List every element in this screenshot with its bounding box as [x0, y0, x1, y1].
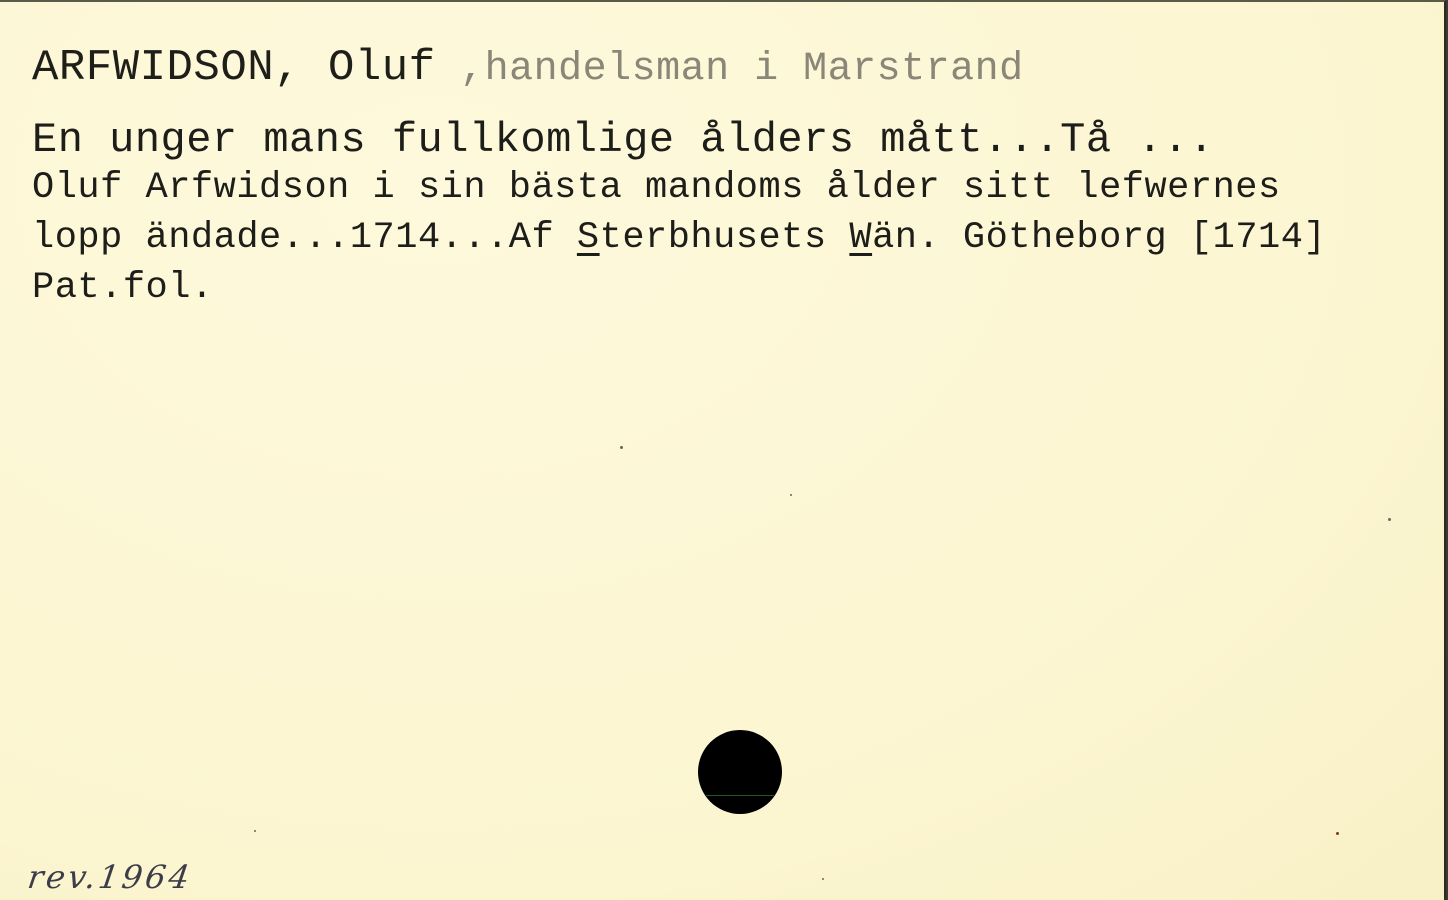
title-line-1: En unger mans fullkomlige ålders mått...… [32, 116, 1214, 164]
author-occupation: ,handelsman i Marstrand [436, 47, 1024, 92]
paper-speck [620, 446, 623, 449]
format-line: Pat.fol. [32, 264, 214, 312]
title-line-3: lopp ändade...1714...Af Sterbhusets Wän.… [32, 214, 1326, 262]
paper-speck [254, 830, 256, 832]
line-3-underlined-w: W [849, 217, 872, 259]
card-heading: ARFWIDSON, Oluf ,handelsman i Marstrand [32, 38, 1024, 100]
title-line-2: Oluf Arfwidson i sin bästa mandoms ålder… [32, 164, 1281, 212]
author-name: ARFWIDSON, Oluf [32, 43, 436, 93]
line-3-after: än. Götheborg [1714] [872, 217, 1326, 259]
line-3-underlined-s: S [577, 217, 600, 259]
punch-hole [698, 730, 782, 814]
line-3-before: lopp ändade...1714...Af [32, 217, 577, 259]
paper-speck [822, 878, 824, 880]
paper-speck [1388, 518, 1391, 521]
revision-note: rev.1964 [25, 858, 194, 896]
paper-speck [790, 494, 792, 496]
paper-speck [1336, 832, 1339, 835]
line-3-middle: terbhusets [600, 217, 850, 259]
catalog-card: ARFWIDSON, Oluf ,handelsman i Marstrand … [0, 0, 1446, 900]
